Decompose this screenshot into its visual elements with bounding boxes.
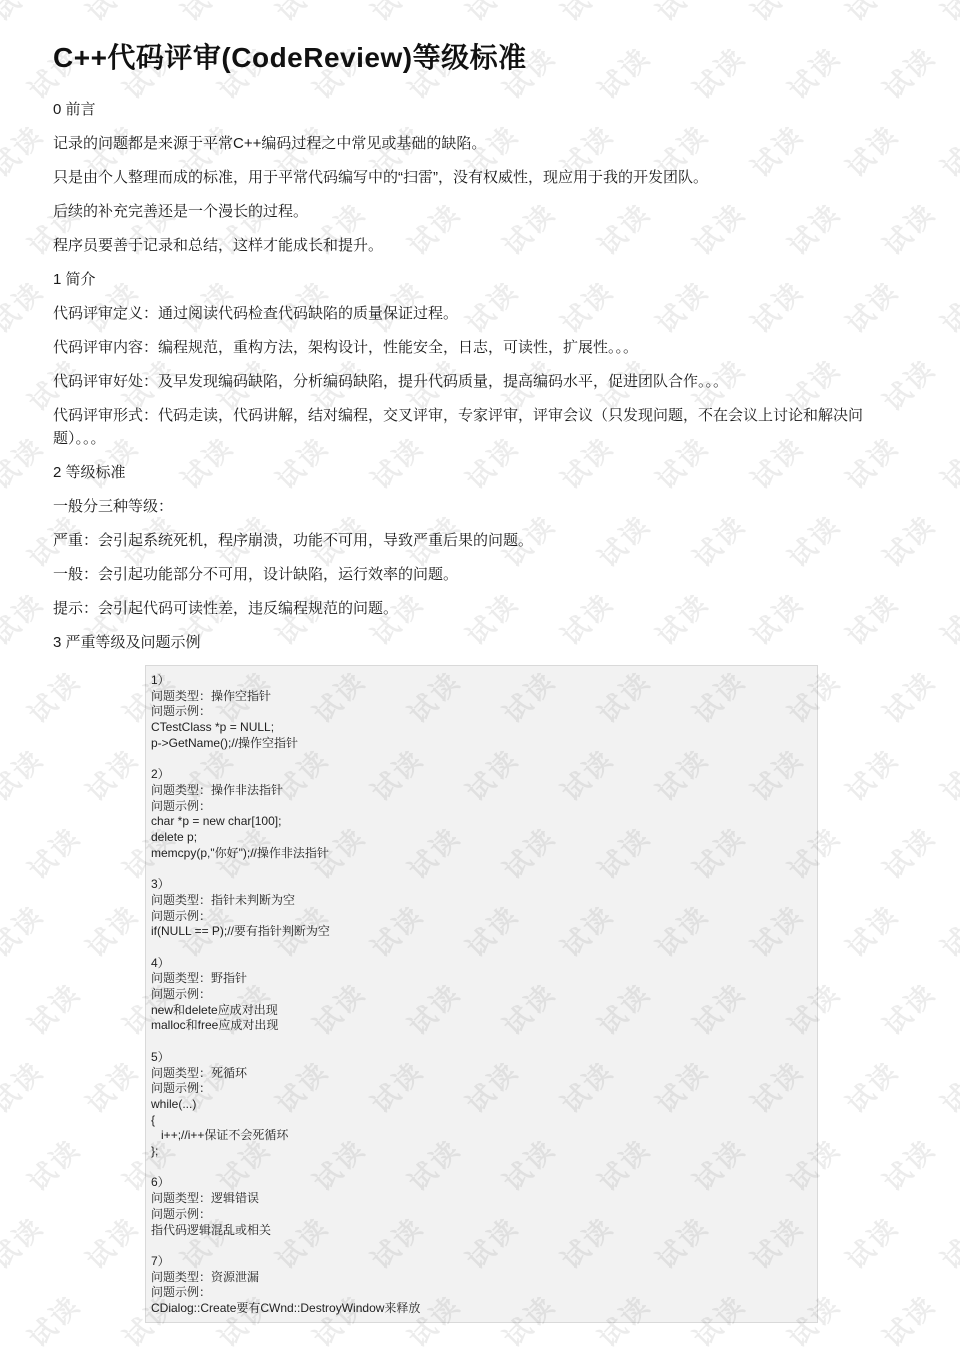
watermark-text: 试读	[76, 1206, 146, 1276]
code-example-3: 3） 问题类型：指针未判断为空 问题示例： if(NULL == P);//要有…	[151, 877, 807, 940]
watermark-text: 试读	[931, 894, 960, 964]
watermark-text: 试读	[931, 1206, 960, 1276]
watermark-text: 试读	[0, 426, 51, 496]
watermark-text: 试读	[76, 1050, 146, 1120]
watermark-text: 试读	[76, 894, 146, 964]
preface-paragraph-1: 记录的问题都是来源于平常C++编码过程之中常见或基础的缺陷。	[53, 132, 896, 155]
watermark-text: 试读	[931, 582, 960, 652]
examples-code-block: 1） 问题类型：操作空指针 问题示例： CTestClass *p = NULL…	[145, 665, 818, 1323]
watermark-text: 试读	[0, 270, 51, 340]
document-page: C++代码评审(CodeReview)等级标准 0 前言 记录的问题都是来源于平…	[0, 0, 960, 1357]
levels-heading: 2 等级标准	[53, 461, 896, 484]
watermark-text: 试读	[0, 1206, 51, 1276]
watermark-text: 试读	[873, 816, 943, 886]
code-example-2: 2） 问题类型：操作非法指针 问题示例： char *p = new char[…	[151, 767, 807, 861]
watermark-text: 试读	[0, 1050, 51, 1120]
intro-paragraph-forms: 代码评审形式：代码走读，代码讲解，结对编程，交叉评审，专家评审，评审会议（只发现…	[53, 404, 896, 450]
watermark-text: 试读	[836, 1206, 906, 1276]
intro-paragraph-benefits: 代码评审好处：及早发现编码缺陷，分析编码缺陷，提升代码质量，提高编码水平，促进团…	[53, 370, 896, 393]
watermark-text: 试读	[18, 1128, 88, 1198]
code-example-5: 5） 问题类型：死循环 问题示例： while(...) { i++;//i++…	[151, 1050, 807, 1160]
levels-paragraph-hint: 提示：会引起代码可读性差，违反编程规范的问题。	[53, 597, 896, 620]
watermark-text: 试读	[836, 1050, 906, 1120]
watermark-text: 试读	[551, 0, 621, 29]
code-example-6: 6） 问题类型：逻辑错误 问题示例： 指代码逻辑混乱或相关	[151, 1175, 807, 1238]
watermark-text: 试读	[931, 738, 960, 808]
watermark-text: 试读	[931, 114, 960, 184]
watermark-text: 试读	[0, 738, 51, 808]
watermark-text: 试读	[931, 0, 960, 29]
watermark-text: 试读	[0, 0, 51, 29]
code-example-1: 1） 问题类型：操作空指针 问题示例： CTestClass *p = NULL…	[151, 673, 807, 752]
watermark-text: 试读	[76, 0, 146, 29]
watermark-text: 试读	[836, 0, 906, 29]
watermark-text: 试读	[836, 738, 906, 808]
watermark-text: 试读	[18, 660, 88, 730]
watermark-text: 试读	[0, 894, 51, 964]
code-example-7: 7） 问题类型：资源泄漏 问题示例： CDialog::Create要有CWnd…	[151, 1254, 807, 1317]
levels-paragraph-overview: 一般分三种等级：	[53, 495, 896, 518]
levels-paragraph-general: 一般：会引起功能部分不可用，设计缺陷，运行效率的问题。	[53, 563, 896, 586]
watermark-text: 试读	[0, 114, 51, 184]
watermark-text: 试读	[76, 738, 146, 808]
watermark-text: 试读	[873, 660, 943, 730]
watermark-text: 试读	[171, 0, 241, 29]
levels-paragraph-severe: 严重：会引起系统死机，程序崩溃，功能不可用，导致严重后果的问题。	[53, 529, 896, 552]
watermark-text: 试读	[931, 1050, 960, 1120]
watermark-text: 试读	[836, 894, 906, 964]
intro-paragraph-definition: 代码评审定义：通过阅读代码检查代码缺陷的质量保证过程。	[53, 302, 896, 325]
watermark-text: 试读	[646, 0, 716, 29]
watermark-text: 试读	[18, 972, 88, 1042]
preface-paragraph-3: 后续的补充完善还是一个漫长的过程。	[53, 200, 896, 223]
examples-section-heading: 3 严重等级及问题示例	[53, 631, 896, 654]
watermark-text: 试读	[18, 816, 88, 886]
preface-heading: 0 前言	[53, 98, 896, 121]
watermark-text: 试读	[18, 1284, 88, 1354]
code-example-4: 4） 问题类型：野指针 问题示例： new和delete应成对出现 malloc…	[151, 956, 807, 1035]
watermark-text: 试读	[873, 972, 943, 1042]
watermark-text: 试读	[266, 0, 336, 29]
intro-paragraph-content: 代码评审内容：编程规范，重构方法，架构设计，性能安全，日志，可读性，扩展性。。。	[53, 336, 896, 359]
preface-paragraph-4: 程序员要善于记录和总结，这样才能成长和提升。	[53, 234, 896, 257]
watermark-text: 试读	[741, 0, 811, 29]
watermark-text: 试读	[0, 582, 51, 652]
document-title: C++代码评审(CodeReview)等级标准	[53, 42, 900, 74]
watermark-text: 试读	[456, 0, 526, 29]
watermark-text: 试读	[361, 0, 431, 29]
watermark-text: 试读	[931, 426, 960, 496]
watermark-text: 试读	[873, 1128, 943, 1198]
watermark-text: 试读	[873, 1284, 943, 1354]
watermark-text: 试读	[931, 270, 960, 340]
preface-paragraph-2: 只是由个人整理而成的标准，用于平常代码编写中的“扫雷”，没有权威性，现应用于我的…	[53, 166, 896, 189]
intro-heading: 1 简介	[53, 268, 896, 291]
